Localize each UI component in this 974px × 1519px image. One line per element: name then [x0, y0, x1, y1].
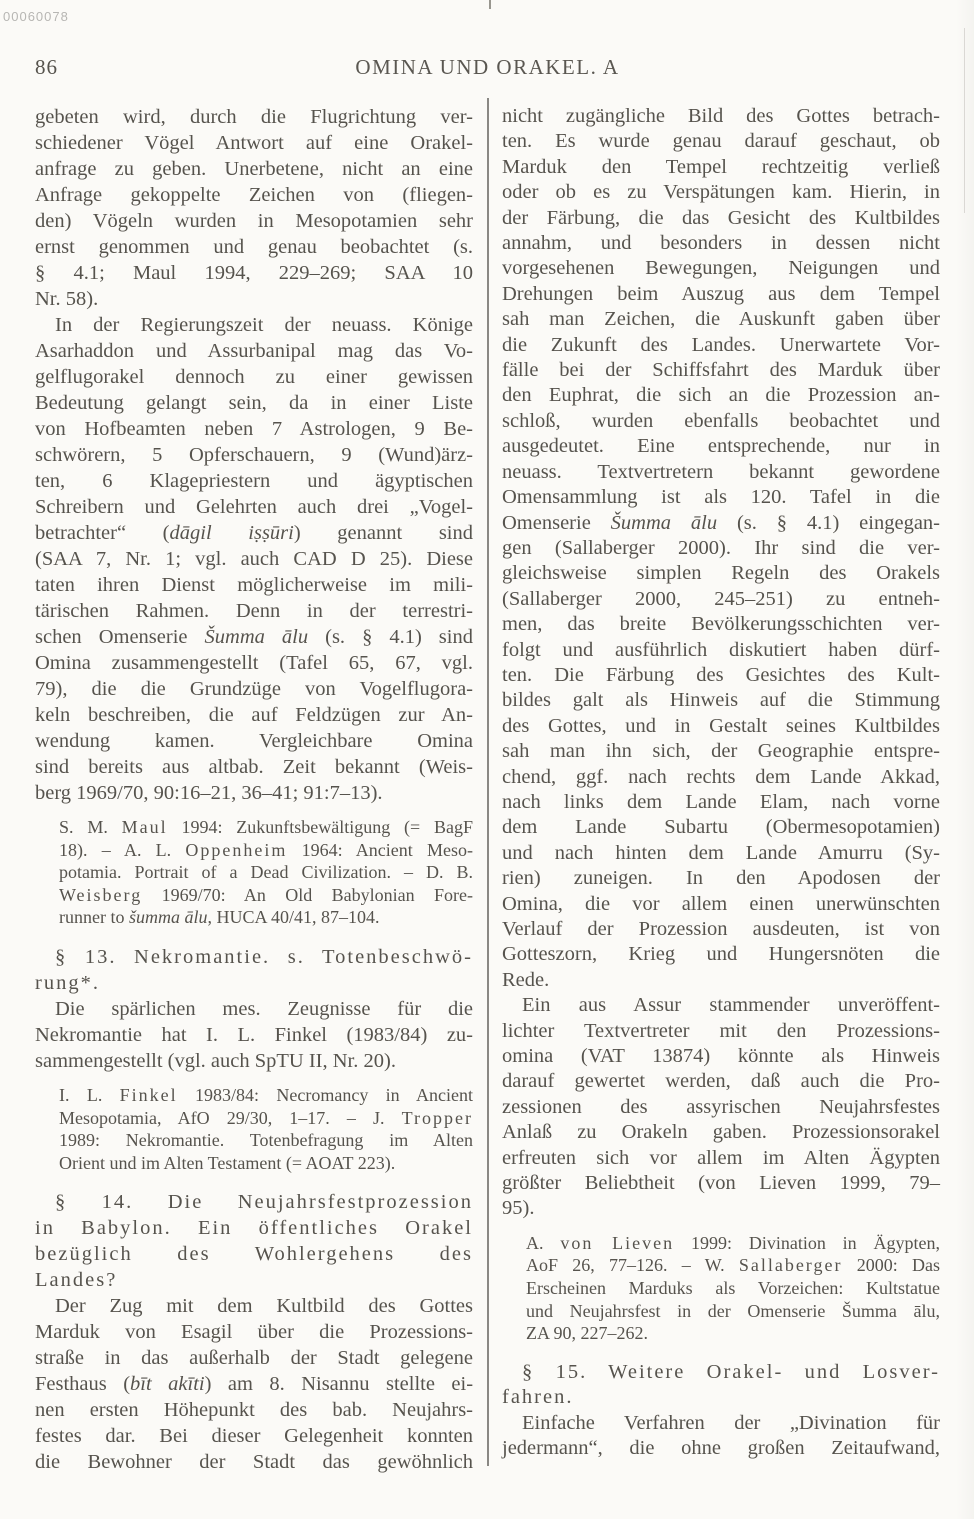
text-line: neuass. Textvertretern bekannt gewordene — [502, 460, 940, 485]
text-line: ZA 90, 227–262. — [526, 1322, 940, 1345]
text-line: schen Omenserie Šumma ālu (s. § 4.1) sin… — [35, 624, 473, 650]
body-paragraph: Ein aus Assur stammender unveröffent-lic… — [502, 993, 940, 1222]
text-line: Marduk von Esagil über die Prozessions- — [35, 1319, 473, 1345]
text-line: Die spärlichen mes. Zeugnisse für die — [35, 996, 473, 1022]
text-line: Mesopotamia, AfO 29/30, 1–17. – J. Tropp… — [59, 1107, 473, 1130]
text-line: folgt und ausführlich diskutiert haben d… — [502, 638, 940, 663]
text-line: ten. Es wurde genau darauf geschaut, ob — [502, 129, 940, 154]
page-number: 86 — [35, 55, 58, 80]
text-line: in Babylon. Ein öffentliches Orakel — [35, 1215, 473, 1241]
section-heading: § 13. Nekromantie. s. Totenbeschwö-rung*… — [35, 944, 473, 996]
body-paragraph: In der Regierungszeit der neuass. Könige… — [35, 312, 473, 806]
text-line: 95). — [502, 1196, 940, 1221]
text-line: Landes? — [35, 1267, 473, 1293]
text-line: zessionen des assyrischen Neujahrsfestes — [502, 1095, 940, 1120]
text-line: jedermann“, die ohne großen Zeitaufwand, — [502, 1436, 940, 1461]
text-line: schwörern, 5 Opferschauern, 9 (Wund)ärz- — [35, 442, 473, 468]
text-line: von Hofbeamten neben 7 Astrologen, 9 Be- — [35, 416, 473, 442]
text-line: Orient und im Alten Testament (= AOAT 22… — [59, 1152, 473, 1175]
page-header: 86 OMINA UND ORAKEL. A — [35, 55, 940, 79]
text-line: Anfrage gekoppelte Zeichen von (fliegen- — [35, 182, 473, 208]
bibliography-paragraph: I. L. Finkel 1983/84: Necromancy in Anci… — [35, 1084, 473, 1174]
text-line: annahm, und besonders in dessen nicht — [502, 231, 940, 256]
text-line: gebeten wird, durch die Flugrichtung ver… — [35, 104, 473, 130]
text-line: dem Lande Subartu (Obermesopotamien) — [502, 815, 940, 840]
body-paragraph: nicht zugängliche Bild des Gottes betrac… — [502, 104, 940, 993]
section-heading: § 15. Weitere Orakel- und Losver-fahren. — [502, 1360, 940, 1411]
text-line: omina (VAT 13874) könnte als Hinweis — [502, 1044, 940, 1069]
text-line: fahren. — [502, 1385, 940, 1410]
text-line: § 13. Nekromantie. s. Totenbeschwö- — [35, 944, 473, 970]
text-line: Ein aus Assur stammender unveröffent- — [502, 993, 940, 1018]
text-line: Rede. — [502, 968, 940, 993]
text-line: runner to šumma ālu, HUCA 40/41, 87–104. — [59, 906, 473, 929]
text-line: darauf gewertet werden, daß auch die Pro… — [502, 1069, 940, 1094]
text-line: ten. Die Färbung des Gesichtes des Kult- — [502, 663, 940, 688]
text-line: gelflugorakel dennoch zu einer gewissen — [35, 364, 473, 390]
text-line: und nach hinten dem Lande Amurru (Sy- — [502, 841, 940, 866]
text-line: 1989: Nekromantie. Totenbefragung im Alt… — [59, 1129, 473, 1152]
left-text-column: gebeten wird, durch die Flugrichtung ver… — [35, 104, 473, 1475]
text-line: sah man Zeichen, die Auskunft gaben über — [502, 307, 940, 332]
text-line: Der Zug mit dem Kultbild des Gottes — [35, 1293, 473, 1319]
text-line: sah man ihn sich, der Geographie entspre… — [502, 739, 940, 764]
text-line: Verlauf der Prozession ausdeuten, ist vo… — [502, 917, 940, 942]
text-line: § 4.1; Maul 1994, 229–269; SAA 10 — [35, 260, 473, 286]
text-line: schloß, wurden ebenfalls beobachtet und — [502, 409, 940, 434]
text-line: erfreuten sich vor allem im Alten Ägypte… — [502, 1146, 940, 1171]
text-line: Bedeutung gelangt sein, da in einer List… — [35, 390, 473, 416]
text-line: Omina, die vor allem einen unerwünschten — [502, 892, 940, 917]
text-line: nicht zugängliche Bild des Gottes betrac… — [502, 104, 940, 129]
scan-edge-shadow — [956, 0, 974, 1519]
text-line: Marduk den Tempel rechtzeitig verließ — [502, 155, 940, 180]
text-line: die Bewohner der Stadt das gewöhnlich — [35, 1449, 473, 1475]
scanned-book-page: 00060078 86 OMINA UND ORAKEL. A gebeten … — [0, 0, 974, 1519]
text-line: berg 1969/70, 90:16–21, 36–41; 91:7–13). — [35, 780, 473, 806]
body-paragraph: Einfache Verfahren der „Divination fürje… — [502, 1411, 940, 1462]
body-paragraph: gebeten wird, durch die Flugrichtung ver… — [35, 104, 473, 312]
text-line: taten ihren Dienst möglicherweise im mil… — [35, 572, 473, 598]
running-title: OMINA UND ORAKEL. A — [35, 55, 940, 80]
text-line: vorgesehenen Bewegungen, Neigungen und — [502, 256, 940, 281]
text-line: Asarhaddon und Assurbanipal mag das Vo- — [35, 338, 473, 364]
text-line: rung*. — [35, 970, 473, 996]
text-line: oder ob es zu Verspätungen kam. Hierin, … — [502, 180, 940, 205]
text-line: § 15. Weitere Orakel- und Losver- — [502, 1360, 940, 1385]
scan-artifact-top-tick — [489, 0, 491, 9]
text-line: nach links dem Lande Elam, nach vorne — [502, 790, 940, 815]
text-line: Drehungen beim Auszug aus dem Tempel — [502, 282, 940, 307]
text-line: § 14. Die Neujahrsfestprozession — [35, 1189, 473, 1215]
text-line: festes dar. Bei dieser Gelegenheit konnt… — [35, 1423, 473, 1449]
text-line: Gotteszorn, Krieg und Hungersnöten die — [502, 942, 940, 967]
text-line: den Euphrat, die sich an die Prozession … — [502, 383, 940, 408]
text-line: men, das breite Bevölkerungsschichten ve… — [502, 612, 940, 637]
text-line: ausgedeutet. Eine entsprechende, nur in — [502, 434, 940, 459]
text-line: ten, 6 Klagepriestern und ägyptischen — [35, 468, 473, 494]
section-heading: § 14. Die Neujahrsfestprozessionin Babyl… — [35, 1189, 473, 1293]
text-line: tärischen Rahmen. Denn in der terrestri- — [35, 598, 473, 624]
text-line: AoF 26, 77–126. – W. Sallaberger 2000: D… — [526, 1254, 940, 1277]
text-line: Schreibern und Gelehrten auch drei „Voge… — [35, 494, 473, 520]
text-line: sind bereits aus altbab. Zeit bekannt (W… — [35, 754, 473, 780]
text-line: Weisberg 1969/70: An Old Babylonian Fore… — [59, 884, 473, 907]
column-divider-rule — [487, 98, 489, 1466]
text-line: sammengestellt (vgl. auch SpTU II, Nr. 2… — [35, 1048, 473, 1074]
text-line: Festhaus (bīt akīti) am 8. Nisannu stell… — [35, 1371, 473, 1397]
text-line: Erscheinen Marduks als Vorzeichen: Kults… — [526, 1277, 940, 1300]
text-line: der Färbung, die das Gesicht des Kultbil… — [502, 206, 940, 231]
text-line: In der Regierungszeit der neuass. Könige — [35, 312, 473, 338]
text-line: straße in das außerhalb der Stadt gelege… — [35, 1345, 473, 1371]
scan-id-stamp: 00060078 — [3, 9, 69, 24]
text-line: gen (Sallaberger 2000). Ihr sind die ver… — [502, 536, 940, 561]
text-line: bezüglich des Wohlergehens des — [35, 1241, 473, 1267]
text-line: (SAA 7, Nr. 1; vgl. auch CAD D 25). Dies… — [35, 546, 473, 572]
text-line: größter Beliebtheit (von Lieven 1999, 79… — [502, 1171, 940, 1196]
text-line: (Sallaberger 2000, 245–251) zu entneh- — [502, 587, 940, 612]
text-line: und Neujahrsfest in der Omenserie Šumma … — [526, 1300, 940, 1323]
text-line: gleichsweise simplen Regeln des Orakels — [502, 561, 940, 586]
text-line: potamia. Portrait of a Dead Civilization… — [59, 861, 473, 884]
text-line: I. L. Finkel 1983/84: Necromancy in Anci… — [59, 1084, 473, 1107]
text-line: wendung kamen. Vergleichbare Omina — [35, 728, 473, 754]
text-line: Nekromantie hat I. L. Finkel (1983/84) z… — [35, 1022, 473, 1048]
text-line: chend, ggf. nach rechts dem Lande Akkad, — [502, 765, 940, 790]
text-line: den) Vögeln wurden in Mesopotamien sehr — [35, 208, 473, 234]
body-paragraph: Der Zug mit dem Kultbild des GottesMardu… — [35, 1293, 473, 1475]
text-line: des Gottes, und in Gestalt seines Kultbi… — [502, 714, 940, 739]
bibliography-paragraph: S. M. Maul 1994: Zukunftsbewältigung (= … — [35, 816, 473, 929]
text-line: ernst genommen und genau beobachtet (s. — [35, 234, 473, 260]
text-line: A. von Lieven 1999: Divination in Ägypte… — [526, 1232, 940, 1255]
text-line: Omenserie Šumma ālu (s. § 4.1) eingegan- — [502, 511, 940, 536]
text-line: Omensammlung ist als 120. Tafel in die — [502, 485, 940, 510]
text-line: betrachter“ (dāgil iṣṣūri) genannt sind — [35, 520, 473, 546]
text-line: bildes galt als Hinweis auf die Stimmung — [502, 688, 940, 713]
text-line: 18). – A. L. Oppenheim 1964: Ancient Mes… — [59, 839, 473, 862]
text-line: keln beschreiben, die auf Feldzügen zur … — [35, 702, 473, 728]
text-line: rien) zuneigen. In den Apodosen der — [502, 866, 940, 891]
text-line: fälle bei der Schiffsfahrt des Marduk üb… — [502, 358, 940, 383]
text-line: lichter Textvertreter mit den Prozession… — [502, 1019, 940, 1044]
text-line: schiedener Vögel Antwort auf eine Orakel… — [35, 130, 473, 156]
text-line: S. M. Maul 1994: Zukunftsbewältigung (= … — [59, 816, 473, 839]
text-line: die Zukunft des Landes. Unerwartete Vor- — [502, 333, 940, 358]
text-line: Anlaß zu Orakeln gaben. Prozessionsorake… — [502, 1120, 940, 1145]
right-text-column: nicht zugängliche Bild des Gottes betrac… — [502, 104, 940, 1461]
bibliography-paragraph: A. von Lieven 1999: Divination in Ägypte… — [502, 1232, 940, 1345]
text-line: Nr. 58). — [35, 286, 473, 312]
text-line: nen ersten Höhepunkt des bab. Neujahrs- — [35, 1397, 473, 1423]
body-paragraph: Die spärlichen mes. Zeugnisse für dieNek… — [35, 996, 473, 1074]
text-line: Einfache Verfahren der „Divination für — [502, 1411, 940, 1436]
text-line: 79), die die Grundzüge von Vogelflugora- — [35, 676, 473, 702]
text-line: Omina zusammengestellt (Tafel 65, 67, vg… — [35, 650, 473, 676]
text-line: anfrage zu geben. Unerbetene, nicht an e… — [35, 156, 473, 182]
